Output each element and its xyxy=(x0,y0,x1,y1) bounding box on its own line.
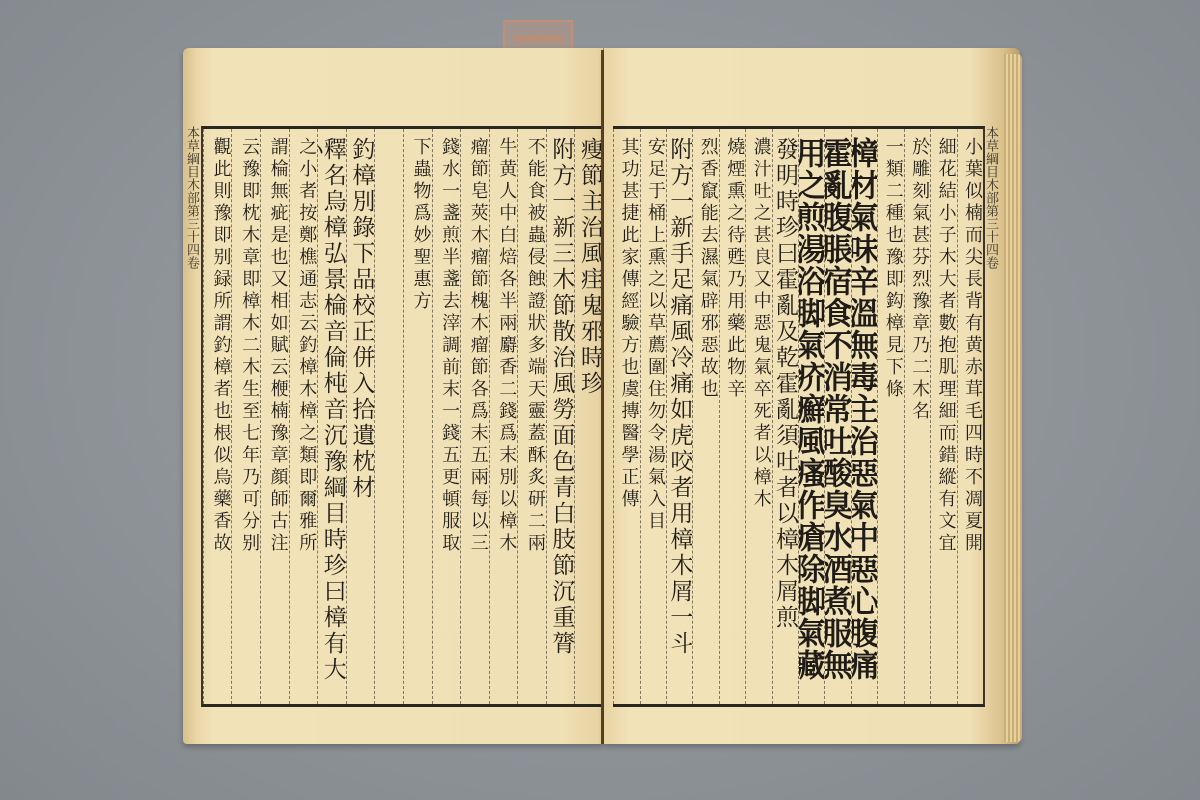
text-column: 燒煙熏之待甦乃用藥此物辛 xyxy=(719,129,745,704)
text-column: 不能食被蟲侵蝕證狀多端天靈蓋酥炙研二兩 xyxy=(517,129,546,704)
text-column: 細花結小子木大者數抱肌理細而錯縱有文宜 xyxy=(930,129,956,704)
right-text-frame: 小葉似楠而尖長背有黄赤茸毛四時不凋夏開 細花結小子木大者數抱肌理細而錯縱有文宜 … xyxy=(613,126,985,707)
text-column: 霍亂腹脹宿食不消常吐酸臭水酒煮服無藥處 xyxy=(824,129,850,704)
text-column: 樟材氣味辛溫無毒主治惡氣中惡心腹痛鬼疰 xyxy=(851,129,877,704)
text-column-blank xyxy=(374,129,403,704)
text-column: 下蟲物爲妙聖惠方 xyxy=(403,129,432,704)
text-column: 云豫即枕木章即樟木二木生至七年乃可分别 xyxy=(231,129,260,704)
text-column: 牛黄人中白焙各半兩麝香二錢爲末別以樟木 xyxy=(489,129,518,704)
text-column: 濃汁吐之甚良又中惡鬼氣卒死者以樟木 xyxy=(745,129,771,704)
text-column: 謂棆無疵是也又相如賦云楩楠豫章顔師古注 xyxy=(260,129,289,704)
text-column: 觀此則豫即别録所謂釣樟者也根似烏藥香故 xyxy=(203,129,232,704)
left-text-frame: 瘦節主治風疰鬼邪時珍 附方一新三木節散治風勞面色青白肢節沉重膂 不能食被蟲侵蝕證… xyxy=(201,126,603,707)
text-column: 烈香竄能去濕氣辟邪惡故也 xyxy=(692,129,718,704)
text-column: 安足于桶上熏之以草薦圍住勿令湯氣入目 xyxy=(640,129,666,704)
left-page-margin-title: 本草綱目木部第三十四卷 xyxy=(187,126,201,701)
text-column: 一類二種也豫即鈎樟見下條 xyxy=(877,129,903,704)
text-column: 釋名烏樟弘景棆音倫杶音沉豫綱目時珍曰樟有大小 xyxy=(317,129,346,704)
text-column: 瘦節主治風疰鬼邪時珍 xyxy=(574,129,603,704)
text-column: 附方一新三木節散治風勞面色青白肢節沉重膂 xyxy=(546,129,575,704)
text-column: 錢水一盞煎半盞去滓調前末一錢五更頓服取 xyxy=(432,129,461,704)
open-book: 本草綱目木部第三十四卷 瘦節主治風疰鬼邪時珍 附方一新三木節散治風勞面色青白肢節… xyxy=(183,48,1023,748)
text-column: 小葉似楠而尖長背有黄赤茸毛四時不凋夏開 xyxy=(957,129,983,704)
page-edges xyxy=(1004,54,1022,742)
text-column: 其功甚捷此家傳經驗方也虞摶醫學正傳 xyxy=(613,129,639,704)
text-column: 發明時珍曰霍亂及乾霍亂須吐者以樟木屑煎 xyxy=(772,129,798,704)
text-column: 用之煎湯浴脚氣疥癬風瘙作瘡除脚氣藏器 xyxy=(798,129,824,704)
text-column: 於雕刻氣甚芬烈豫章乃二木名 xyxy=(904,129,930,704)
text-column: 之小者按鄭樵通志云釣樟木樟之類即爾雅所 xyxy=(289,129,318,704)
left-page: 本草綱目木部第三十四卷 瘦節主治風疰鬼邪時珍 附方一新三木節散治風勞面色青白肢節… xyxy=(183,48,603,744)
text-column: 附方一新手足痛風冷痛如虎咬者用樟木屑一斗 xyxy=(666,129,692,704)
text-column: 瘤節皂莢木瘤節槐木瘤節各爲末五兩每以三 xyxy=(460,129,489,704)
entry-heading-column: 釣樟別錄下品校正併入拾遺枕材 xyxy=(346,129,375,704)
right-page-margin-title: 本草綱目木部第三十四卷 xyxy=(986,126,1000,701)
right-page: 小葉似楠而尖長背有黄赤茸毛四時不凋夏開 細花結小子木大者數抱肌理細而錯縱有文宜 … xyxy=(604,48,1020,744)
